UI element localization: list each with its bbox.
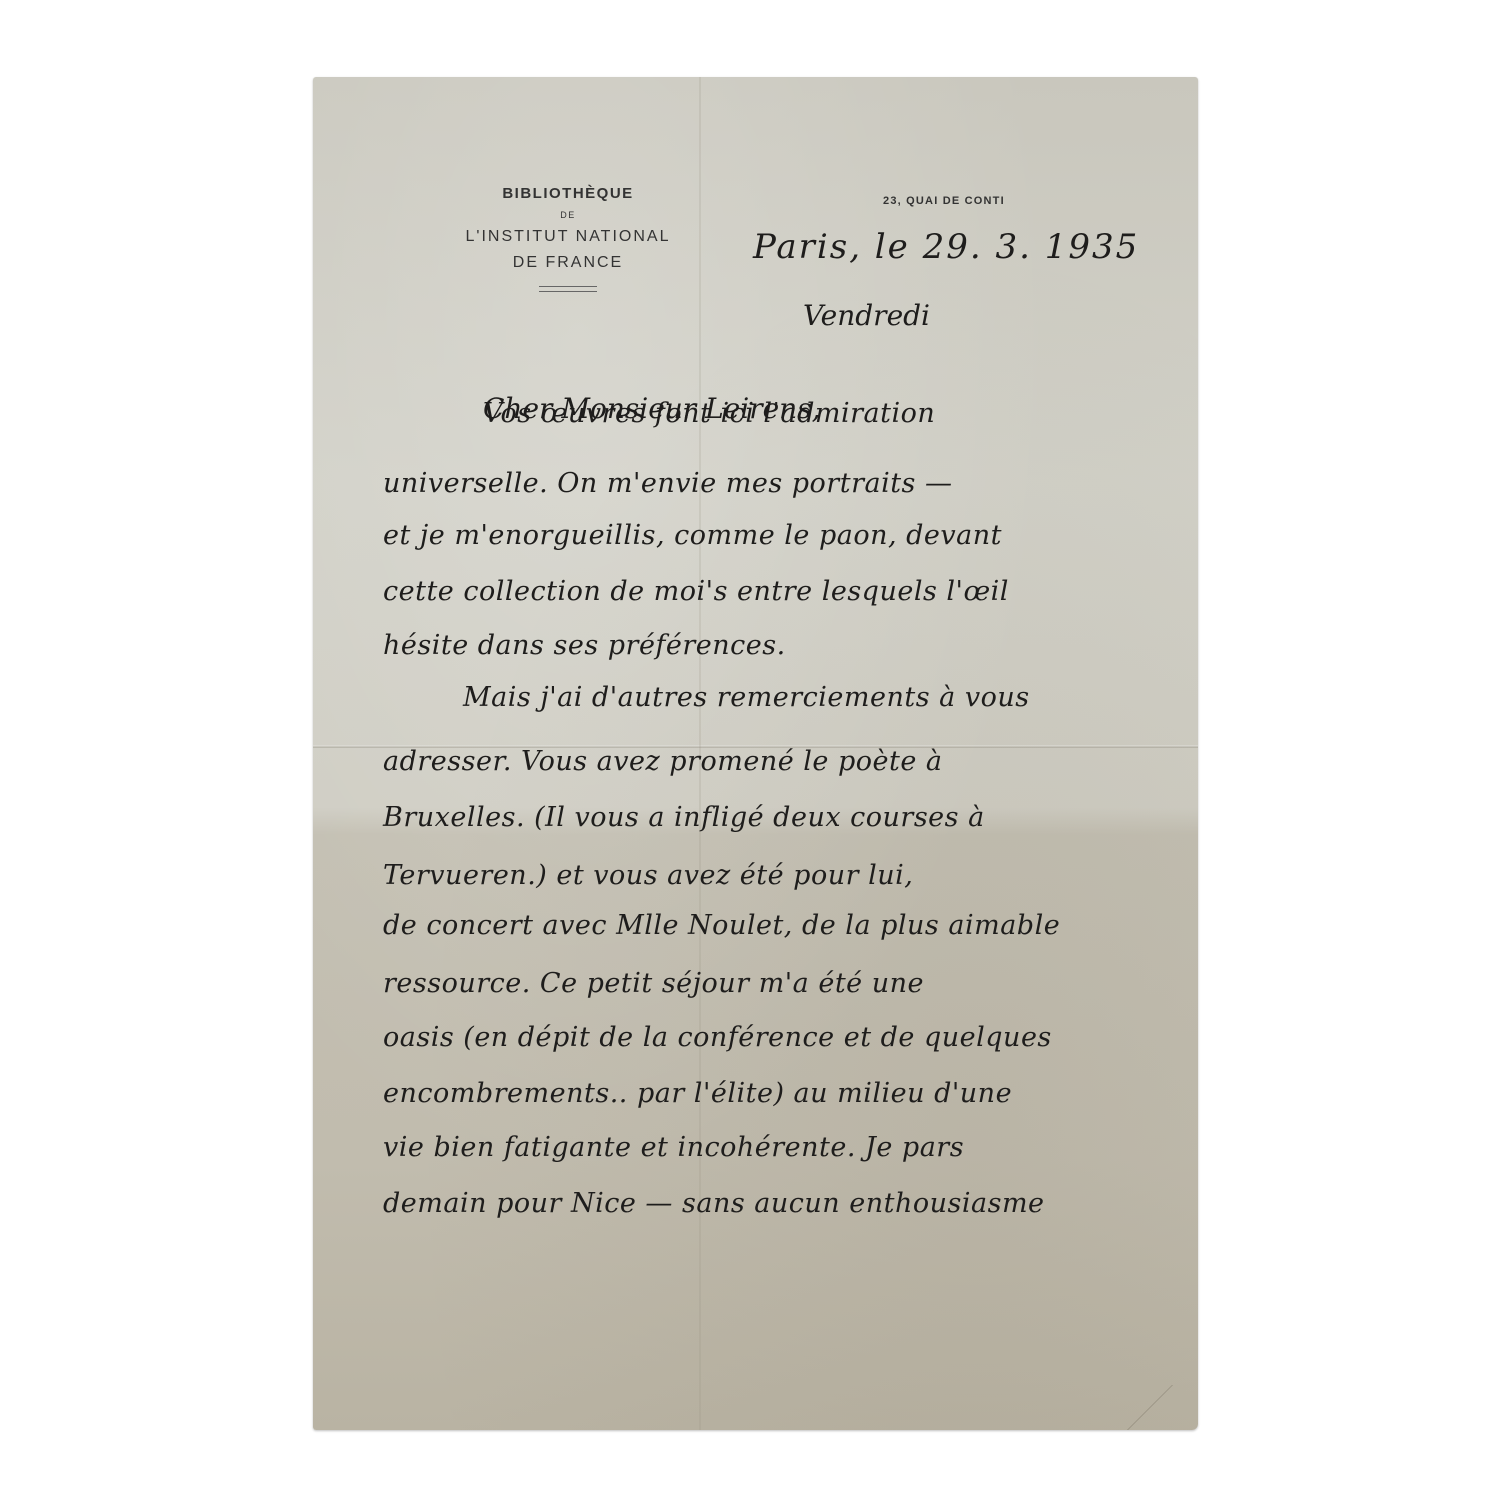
weekday: Vendredi <box>803 299 930 332</box>
letter-line: de concert avec Mlle Noulet, de la plus … <box>383 910 1060 941</box>
letter-line: Bruxelles. (Il vous a infligé deux cours… <box>383 802 985 833</box>
letter-line: vie bien fatigante et incohérente. Je pa… <box>383 1132 964 1163</box>
date-line: Paris, le 29. 3. 1935 <box>753 227 1139 267</box>
letterhead-france: DE FRANCE <box>433 254 703 272</box>
letterhead-address: 23, QUAI DE CONTI <box>883 195 1005 207</box>
letter-line: hésite dans ses préférences. <box>383 630 786 661</box>
letterhead-de: DE <box>433 210 703 220</box>
letter-line: universelle. On m'envie mes portraits — <box>383 468 953 499</box>
letterhead-library: BIBLIOTHÈQUE <box>433 185 703 202</box>
letter-line: oasis (en dépit de la conférence et de q… <box>383 1022 1052 1053</box>
letter-line: demain pour Nice — sans aucun enthousias… <box>383 1188 1045 1219</box>
letter-line: et je m'enorgueillis, comme le paon, dev… <box>383 520 1002 551</box>
letterhead-double-rule <box>539 286 597 292</box>
letter-line: encombrements.. par l'élite) au milieu d… <box>383 1078 1012 1109</box>
letter-sheet: BIBLIOTHÈQUE DE L'INSTITUT NATIONAL DE F… <box>313 77 1198 1430</box>
letter-line: adresser. Vous avez promené le poète à <box>383 746 943 777</box>
letter-line: Mais j'ai d'autres remerciements à vous <box>463 682 1030 713</box>
letterhead: BIBLIOTHÈQUE DE L'INSTITUT NATIONAL DE F… <box>433 185 703 292</box>
corner-crease <box>1127 1385 1233 1430</box>
letter-line: Tervueren.) et vous avez été pour lui, <box>383 860 913 891</box>
letter-line: ressource. Ce petit séjour m'a été une <box>383 968 924 999</box>
letter-line: cette collection de moi's entre lesquels… <box>383 576 1009 607</box>
letterhead-institute: L'INSTITUT NATIONAL <box>433 228 703 246</box>
letter-line: Vos œuvres font ici l'admiration <box>483 398 935 429</box>
